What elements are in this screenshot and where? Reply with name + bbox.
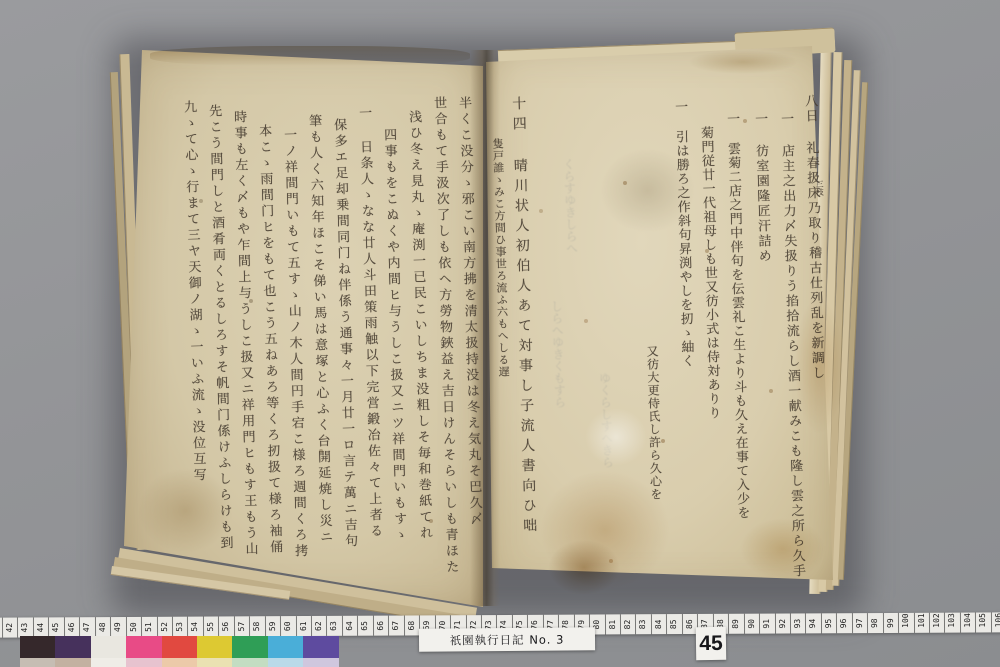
color-patch xyxy=(268,636,304,658)
ruler-number: 68 xyxy=(405,620,419,630)
color-patch xyxy=(126,658,162,667)
ruler-number: 54 xyxy=(188,622,202,632)
ruler-number: 99 xyxy=(884,618,898,628)
ruler-number: 66 xyxy=(374,621,388,631)
ruler-number: 42 xyxy=(3,623,17,633)
ruler-number: 103 xyxy=(945,618,959,628)
ruler-number: 97 xyxy=(853,618,867,628)
ruler-number: 86 xyxy=(683,619,697,629)
color-patch xyxy=(91,658,127,667)
ruler-number: 90 xyxy=(745,619,759,629)
color-patch xyxy=(20,658,56,667)
caption-label-card: 祇園執行日記 No. 3 xyxy=(419,627,595,652)
color-patch xyxy=(55,658,91,667)
color-patch xyxy=(162,636,198,658)
ruler-number: 94 xyxy=(806,618,820,628)
ruler-number: 91 xyxy=(760,619,774,629)
color-patch xyxy=(232,636,268,658)
ruler-number: 81 xyxy=(606,619,620,629)
ruler-number: 45 xyxy=(49,622,63,632)
ruler-number: 104 xyxy=(961,618,975,628)
ruler-number: 50 xyxy=(127,622,141,632)
ruler-number: 55 xyxy=(204,621,218,631)
foxing-specks xyxy=(0,0,2,2)
color-patch xyxy=(232,658,268,667)
ruler-number: 52 xyxy=(157,622,171,632)
color-patch xyxy=(268,658,304,667)
ruler-number: 102 xyxy=(930,618,944,628)
ruler-number: 60 xyxy=(281,621,295,631)
ruler-number: 57 xyxy=(235,621,249,631)
ruler-number: 89 xyxy=(729,619,743,629)
ruler-number: 59 xyxy=(266,621,280,631)
ruler-number: 93 xyxy=(791,618,805,628)
ruler-number: 84 xyxy=(652,619,666,629)
color-patch xyxy=(55,636,91,658)
ruler-number: 61 xyxy=(297,621,311,631)
ruler-number: 47 xyxy=(80,622,94,632)
ruler-number: 51 xyxy=(142,622,156,632)
ruler-number: 101 xyxy=(915,618,929,628)
manuscript-photograph: 八日 礼春扱床乃取り稽古仕列乱を新調し三枝一 店主之出力〆失扱りう掐拾流らし酒一… xyxy=(0,0,1000,667)
right-page xyxy=(480,40,840,600)
ruler-number: 105 xyxy=(976,617,990,627)
folio-number: 45 xyxy=(699,631,723,655)
color-patch xyxy=(126,636,162,658)
ruler-number: 56 xyxy=(219,621,233,631)
color-patch xyxy=(303,658,339,667)
ruler-number: 49 xyxy=(111,622,125,632)
ruler-number: 62 xyxy=(312,621,326,631)
ruler-number: 44 xyxy=(34,622,48,632)
color-patch xyxy=(197,636,233,658)
ruler-number: 106 xyxy=(992,617,1000,627)
folio-number-card: 45 xyxy=(696,627,726,660)
ruler-number: 48 xyxy=(96,622,110,632)
gutter-shadow xyxy=(470,50,500,606)
left-page xyxy=(118,44,488,614)
ruler-number: 43 xyxy=(18,622,32,632)
color-patch xyxy=(20,636,56,658)
ruler-number: 95 xyxy=(822,618,836,628)
ruler-number: 67 xyxy=(389,621,403,631)
ruler-number: 85 xyxy=(667,619,681,629)
caption-text: 祇園執行日記 No. 3 xyxy=(450,631,565,648)
ruler-number: 98 xyxy=(868,618,882,628)
ruler-number: 53 xyxy=(173,622,187,632)
ruler-number: 96 xyxy=(837,618,851,628)
ruler-number: 82 xyxy=(621,619,635,629)
ruler-number: 100 xyxy=(899,618,913,628)
ruler-number: 92 xyxy=(775,618,789,628)
ruler-number: 46 xyxy=(65,622,79,632)
color-patch xyxy=(91,636,127,658)
color-patch xyxy=(162,658,198,667)
ruler-number: 64 xyxy=(343,621,357,631)
ruler-number: 65 xyxy=(358,621,372,631)
ruler-number: 58 xyxy=(250,621,264,631)
color-patch xyxy=(303,636,339,658)
color-patch xyxy=(197,658,233,667)
ruler-number: 63 xyxy=(327,621,341,631)
ruler-number: 83 xyxy=(636,619,650,629)
